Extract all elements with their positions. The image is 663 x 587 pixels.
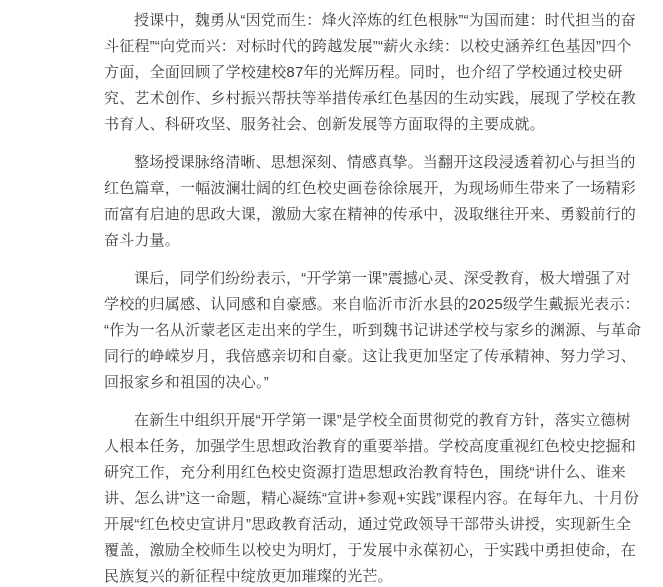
article-paragraph-1: 授课中，魏勇从“因党而生：烽火淬炼的红色根脉”“为国而建：时代担当的奋斗征程”“… [104,8,643,138]
article-paragraph-2: 整场授课脉络清晰、思想深刻、情感真挚。当翻开这段浸透着初心与担当的红色篇章，一幅… [104,150,643,254]
document-page: { "document": { "language": "zh-CN", "te… [0,0,663,587]
article-page: 授课中，魏勇从“因党而生：烽火淬炼的红色根脉”“为国而建：时代担当的奋斗征程”“… [0,0,663,587]
article-body: 授课中，魏勇从“因党而生：烽火淬炼的红色根脉”“为国而建：时代担当的奋斗征程”“… [104,8,643,587]
article-paragraph-4: 在新生中组织开展“开学第一课”是学校全面贯彻党的教育方针，落实立德树人根本任务，… [104,408,643,587]
article-paragraph-3: 课后，同学们纷纷表示，“开学第一课”震撼心灵、深受教育，极大增强了对学校的归属感… [104,266,643,396]
